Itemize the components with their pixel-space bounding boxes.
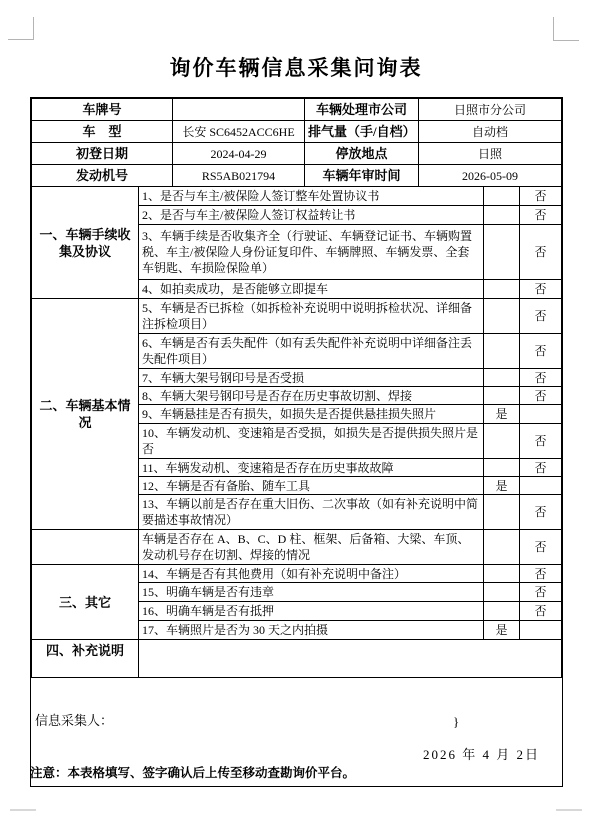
- answer-yes-cell: [484, 530, 520, 565]
- section-label-procedures: 一、车辆手续收集及协议: [32, 187, 139, 299]
- answer-no-cell: 否: [520, 424, 562, 459]
- vehicle-model-value: 长安 SC6452ACC6HE: [173, 121, 305, 143]
- answer-yes-cell: [484, 225, 520, 280]
- inspection-date-value: 2026-05-09: [419, 165, 562, 187]
- question-text: 4、如拍卖成功，是否能够立即提车: [139, 280, 484, 299]
- section-label-supplement: 四、补充说明: [32, 640, 139, 678]
- footer-note: 注意：本表格填写、签字确认后上传至移动查勘询价平台。: [30, 763, 570, 781]
- first-registration-label: 初登日期: [32, 143, 173, 165]
- question-text: 3、车辆手续是否收集齐全（行驶证、车辆登记证书、车辆购置税、车主/被保险人身份证…: [139, 225, 484, 280]
- document-page: 询价车辆信息采集问询表 车牌号 车辆处理市公司 日照市分公司 车 型 长安 SC…: [0, 0, 592, 816]
- margin-corner-mark-top-right: [553, 17, 579, 41]
- parking-location-label: 停放地点: [305, 143, 419, 165]
- table-row: 发动机号 RS5AB021794 车辆年审时间 2026-05-09: [32, 165, 562, 187]
- table-row: 车辆是否存在 A、B、C、D 柱、框架、后备箱、大梁、车顶、发动机号存在切割、焊…: [32, 530, 562, 565]
- displacement-value: 自动档: [419, 121, 562, 143]
- inspection-date-label: 车辆年审时间: [305, 165, 419, 187]
- question-text: 车辆是否存在 A、B、C、D 柱、框架、后备箱、大梁、车顶、发动机号存在切割、焊…: [139, 530, 484, 565]
- question-text: 10、车辆发动机、变速箱是否受损，如损失是否提供损失照片是否: [139, 424, 484, 459]
- section-label-empty: [32, 530, 139, 565]
- handling-company-value: 日照市分公司: [419, 99, 562, 121]
- answer-yes-cell: [484, 424, 520, 459]
- question-text: 16、明确车辆是否有抵押: [139, 602, 484, 621]
- answer-yes-cell: [484, 583, 520, 602]
- collector-label: 信息采集人：: [35, 710, 113, 729]
- table-row: 车 型 长安 SC6452ACC6HE 排气量（手/自档） 自动档: [32, 121, 562, 143]
- plate-number-value: [173, 99, 305, 121]
- table-row: 一、车辆手续收集及协议 1、是否与车主/被保险人签订整车处置协议书 否: [32, 187, 562, 206]
- plate-number-label: 车牌号: [32, 99, 173, 121]
- answer-yes-cell: [484, 602, 520, 621]
- section-label-basic-condition: 二、车辆基本情况: [32, 299, 139, 530]
- parking-location-value: 日照: [419, 143, 562, 165]
- question-text: 1、是否与车主/被保险人签订整车处置协议书: [139, 187, 484, 206]
- question-text: 8、车辆大架号钢印号是否存在历史事故切割、焊接: [139, 387, 484, 405]
- vehicle-model-label: 车 型: [32, 121, 173, 143]
- engine-number-label: 发动机号: [32, 165, 173, 187]
- answer-no-cell: 否: [520, 206, 562, 225]
- answer-yes-cell: 是: [484, 477, 520, 495]
- page-title: 询价车辆信息采集问询表: [0, 52, 592, 82]
- answer-no-cell: [520, 621, 562, 640]
- question-text: 9、车辆悬挂是否有损失，如损失是否提供悬挂损失照片: [139, 405, 484, 424]
- answer-yes-cell: 是: [484, 621, 520, 640]
- answer-yes-cell: [484, 206, 520, 225]
- answer-yes-cell: [484, 369, 520, 387]
- answer-yes-cell: [484, 334, 520, 369]
- answer-yes-cell: [484, 495, 520, 530]
- question-text: 2、是否与车主/被保险人签订权益转让书: [139, 206, 484, 225]
- question-text: 14、车辆是否有其他费用（如有补充说明中备注）: [139, 565, 484, 583]
- question-table: 一、车辆手续收集及协议 1、是否与车主/被保险人签订整车处置协议书 否 2、是否…: [31, 187, 562, 678]
- answer-no-cell: 否: [520, 299, 562, 334]
- question-text: 13、车辆以前是否存在重大旧伤、二次事故（如有补充说明中简要描述事故情况）: [139, 495, 484, 530]
- signature-mark: }: [453, 714, 459, 730]
- answer-yes-cell: [484, 299, 520, 334]
- displacement-label: 排气量（手/自档）: [305, 121, 419, 143]
- question-text: 15、明确车辆是否有违章: [139, 583, 484, 602]
- answer-yes-cell: [484, 187, 520, 206]
- question-text: 7、车辆大架号钢印号是否受损: [139, 369, 484, 387]
- answer-no-cell: 否: [520, 565, 562, 583]
- answer-no-cell: [520, 477, 562, 495]
- margin-corner-mark-top-left: [8, 17, 34, 40]
- answer-yes-cell: 是: [484, 405, 520, 424]
- answer-yes-cell: [484, 387, 520, 405]
- question-text: 11、车辆发动机、变速箱是否存在历史事故故障: [139, 459, 484, 477]
- inquiry-form-table: 车牌号 车辆处理市公司 日照市分公司 车 型 长安 SC6452ACC6HE 排…: [30, 97, 563, 787]
- question-text: 17、车辆照片是否为 30 天之内拍摄: [139, 621, 484, 640]
- fill-date: 2026 年 4 月 2日: [423, 744, 540, 763]
- margin-corner-mark-bottom-right: [556, 803, 582, 811]
- answer-no-cell: 否: [520, 334, 562, 369]
- answer-yes-cell: [484, 459, 520, 477]
- answer-no-cell: 否: [520, 369, 562, 387]
- answer-no-cell: 否: [520, 583, 562, 602]
- section-label-other: 三、其它: [32, 565, 139, 640]
- table-row: 车牌号 车辆处理市公司 日照市分公司: [32, 99, 562, 121]
- answer-no-cell: 否: [520, 225, 562, 280]
- supplement-content-cell: [139, 640, 562, 678]
- answer-no-cell: 否: [520, 602, 562, 621]
- question-text: 5、车辆是否已拆检（如拆检补充说明中说明拆检状况、详细备注拆检项目）: [139, 299, 484, 334]
- handling-company-label: 车辆处理市公司: [305, 99, 419, 121]
- margin-corner-mark-bottom-left: [10, 803, 36, 811]
- table-row: 初登日期 2024-04-29 停放地点 日照: [32, 143, 562, 165]
- table-row: 三、其它 14、车辆是否有其他费用（如有补充说明中备注） 否: [32, 565, 562, 583]
- answer-yes-cell: [484, 280, 520, 299]
- answer-no-cell: 否: [520, 530, 562, 565]
- vehicle-info-header-table: 车牌号 车辆处理市公司 日照市分公司 车 型 长安 SC6452ACC6HE 排…: [31, 98, 562, 187]
- answer-no-cell: 否: [520, 387, 562, 405]
- first-registration-value: 2024-04-29: [173, 143, 305, 165]
- answer-no-cell: 否: [520, 280, 562, 299]
- answer-yes-cell: [484, 565, 520, 583]
- table-row: 四、补充说明: [32, 640, 562, 678]
- answer-no-cell: [520, 405, 562, 424]
- question-text: 12、车辆是否有备胎、随车工具: [139, 477, 484, 495]
- answer-no-cell: 否: [520, 459, 562, 477]
- engine-number-value: RS5AB021794: [173, 165, 305, 187]
- table-row: 二、车辆基本情况 5、车辆是否已拆检（如拆检补充说明中说明拆检状况、详细备注拆检…: [32, 299, 562, 334]
- answer-no-cell: 否: [520, 495, 562, 530]
- question-text: 6、车辆是否有丢失配件（如有丢失配件补充说明中详细备注丢失配件项目）: [139, 334, 484, 369]
- answer-no-cell: 否: [520, 187, 562, 206]
